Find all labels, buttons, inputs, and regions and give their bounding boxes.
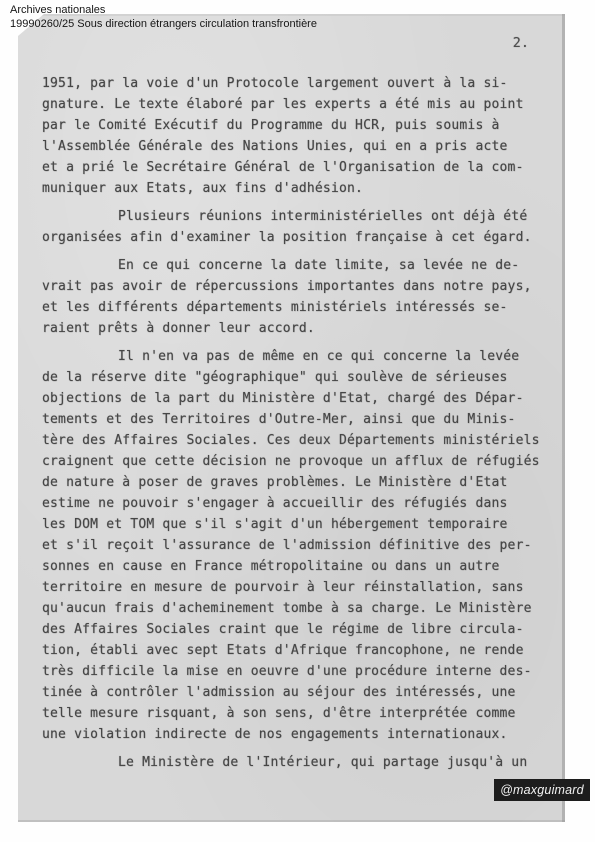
text-line: sonnes en cause en France métropolitaine… [42,556,548,577]
text-line: tements et des Territoires d'Outre-Mer, … [42,409,548,430]
archive-reference: 19990260/25 Sous direction étrangers cir… [10,17,317,31]
text-line: gnature. Le texte élaboré par les expert… [42,94,548,115]
text-line: tion, établi avec sept Etats d'Afrique f… [42,640,548,661]
text-line: Le Ministère de l'Intérieur, qui partage… [42,752,548,773]
text-line: 1951, par la voie d'un Protocole largeme… [42,73,548,94]
text-line: tinée à contrôler l'admission au séjour … [42,682,548,703]
text-line: par le Comité Exécutif du Programme du H… [42,115,548,136]
text-line: tère des Affaires Sociales. Ces deux Dép… [42,430,548,451]
text-line: l'Assemblée Générale des Nations Unies, … [42,136,548,157]
paragraph: 1951, par la voie d'un Protocole largeme… [42,73,548,199]
text-line: des Affaires Sociales craint que le régi… [42,619,548,640]
paragraph: En ce qui concerne la date limite, sa le… [42,255,548,339]
paragraph: Il n'en va pas de même en ce qui concern… [42,346,548,745]
scanned-page: 2. 1951, par la voie d'un Protocole larg… [18,14,565,822]
text-line: muniquer aux Etats, aux fins d'adhésion. [42,178,548,199]
text-line: une violation indirecte de nos engagemen… [42,724,548,745]
text-line: vrait pas avoir de répercussions importa… [42,276,548,297]
text-line: qu'aucun frais d'acheminement tombe à sa… [42,598,548,619]
text-line: Il n'en va pas de même en ce qui concern… [42,346,548,367]
text-line: de la réserve dite "géographique" qui so… [42,367,548,388]
text-line: estime ne pouvoir s'engager à accueillir… [42,493,548,514]
text-line: et s'il reçoit l'assurance de l'admissio… [42,535,548,556]
text-line: et a prié le Secrétaire Général de l'Org… [42,157,548,178]
watermark-badge: @maxguimard [494,779,590,801]
text-line: En ce qui concerne la date limite, sa le… [42,255,548,276]
watermark-text: @maxguimard [500,783,584,797]
text-line: raient prêts à donner leur accord. [42,318,548,339]
archive-header: Archives nationales 19990260/25 Sous dir… [10,3,317,31]
text-line: craignent que cette décision ne provoque… [42,451,548,472]
paragraph: Le Ministère de l'Intérieur, qui partage… [42,752,548,773]
text-line: organisées afin d'examiner la position f… [42,227,548,248]
page-number: 2. [513,35,529,51]
archive-name: Archives nationales [10,3,317,17]
text-line: les DOM et TOM que s'il s'agit d'un hébe… [42,514,548,535]
text-line: Plusieurs réunions interministérielles o… [42,206,548,227]
text-line: et les différents départements ministéri… [42,297,548,318]
text-line: très difficile la mise en oeuvre d'une p… [42,661,548,682]
text-line: de nature à poser de graves problèmes. L… [42,472,548,493]
document-viewer: Archives nationales 19990260/25 Sous dir… [0,0,595,842]
paragraph: Plusieurs réunions interministérielles o… [42,206,548,248]
text-line: telle mesure risquant, à son sens, d'êtr… [42,703,548,724]
text-line: objections de la part du Ministère d'Eta… [42,388,548,409]
text-line: territoire en mesure de pourvoir à leur … [42,577,548,598]
document-body: 1951, par la voie d'un Protocole largeme… [42,73,548,773]
